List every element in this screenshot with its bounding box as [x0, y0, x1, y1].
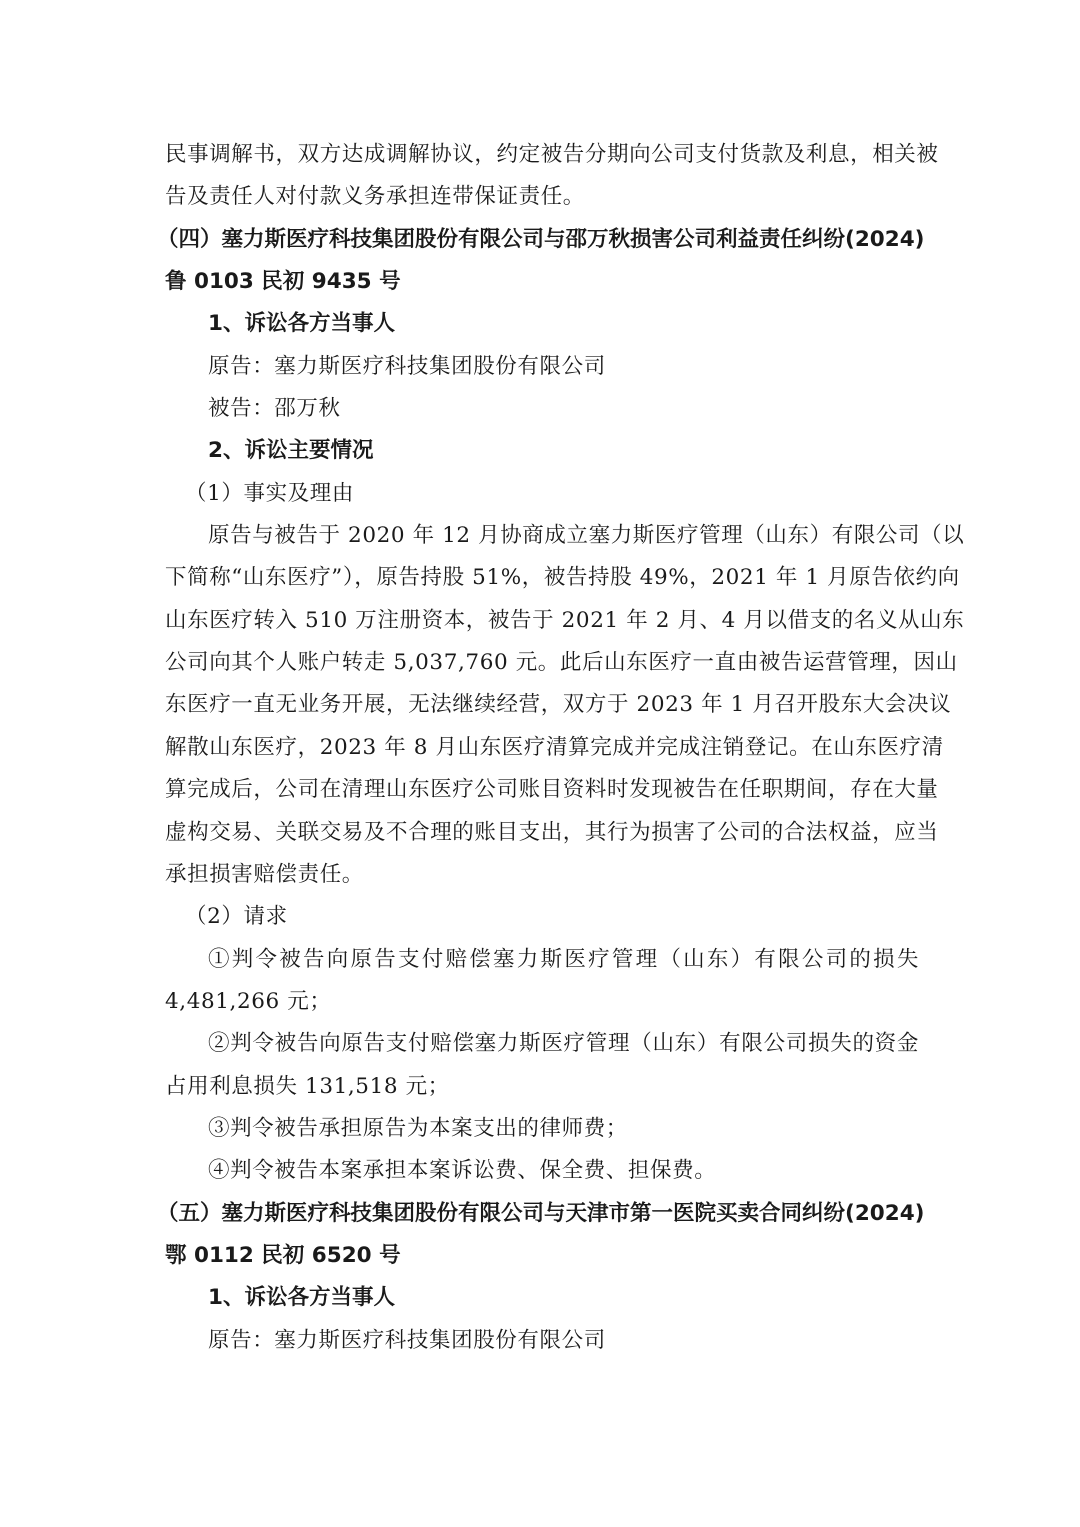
case4-facts-line: 山东医疗转入 510 万注册资本，被告于 2021 年 2 月、4 月以借支的名…: [165, 600, 919, 642]
case5-title-line: 鄂 0112 民初 6520 号: [165, 1235, 919, 1277]
case4-facts-line: 算完成后，公司在清理山东医疗公司账目资料时发现被告在任职期间，存在大量: [165, 769, 919, 811]
case4-situation-heading: 2、诉讼主要情况: [165, 430, 919, 472]
case4-facts-line: 下简称“山东医疗”），原告持股 51%，被告持股 49%，2021 年 1 月原…: [165, 557, 919, 599]
case4-title-line: 鲁 0103 民初 9435 号: [165, 261, 919, 303]
case5-title-line: （五）塞力斯医疗科技集团股份有限公司与天津市第一医院买卖合同纠纷(2024): [157, 1193, 919, 1235]
case4-claim-4-line: ④判令被告本案承担本案诉讼费、保全费、担保费。: [165, 1150, 919, 1192]
case4-facts-line: 虚构交易、关联交易及不合理的账目支出，其行为损害了公司的合法权益，应当: [165, 812, 919, 854]
case4-plaintiff: 原告：塞力斯医疗科技集团股份有限公司: [165, 346, 919, 388]
case4-claim-1-line: ①判令被告向原告支付赔偿塞力斯医疗管理（山东）有限公司的损失: [165, 939, 919, 981]
case4-facts-line: 承担损害赔偿责任。: [165, 854, 919, 896]
case4-defendant: 被告：邵万秋: [165, 388, 919, 430]
case4-claim-2-line: ②判令被告向原告支付赔偿塞力斯医疗管理（山东）有限公司损失的资金: [165, 1023, 919, 1065]
intro-paragraph-line: 告及责任人对付款义务承担连带保证责任。: [165, 176, 919, 218]
case4-claim-1-line: 4,481,266 元；: [165, 981, 919, 1023]
case4-claims-heading: （2）请求: [165, 896, 919, 938]
case4-facts-line: 原告与被告于 2020 年 12 月协商成立塞力斯医疗管理（山东）有限公司（以: [165, 515, 919, 557]
case4-facts-line: 东医疗一直无业务开展，无法继续经营，双方于 2023 年 1 月召开股东大会决议: [165, 684, 919, 726]
case4-facts-heading: （1）事实及理由: [165, 473, 919, 515]
case4-title-line: （四）塞力斯医疗科技集团股份有限公司与邵万秋损害公司利益责任纠纷(2024): [157, 219, 919, 261]
case5-parties-heading: 1、诉讼各方当事人: [165, 1277, 919, 1319]
case4-facts-line: 公司向其个人账户转走 5,037,760 元。此后山东医疗一直由被告运营管理，因…: [165, 642, 919, 684]
case5-plaintiff: 原告：塞力斯医疗科技集团股份有限公司: [165, 1320, 919, 1362]
case4-parties-heading: 1、诉讼各方当事人: [165, 303, 919, 345]
case4-claim-2-line: 占用利息损失 131,518 元；: [165, 1066, 919, 1108]
case4-facts-line: 解散山东医疗，2023 年 8 月山东医疗清算完成并完成注销登记。在山东医疗清: [165, 727, 919, 769]
intro-paragraph-line: 民事调解书，双方达成调解协议，约定被告分期向公司支付货款及利息，相关被: [165, 134, 919, 176]
case4-claim-3-line: ③判令被告承担原告为本案支出的律师费；: [165, 1108, 919, 1150]
document-page: 民事调解书，双方达成调解协议，约定被告分期向公司支付货款及利息，相关被 告及责任…: [165, 134, 919, 1362]
